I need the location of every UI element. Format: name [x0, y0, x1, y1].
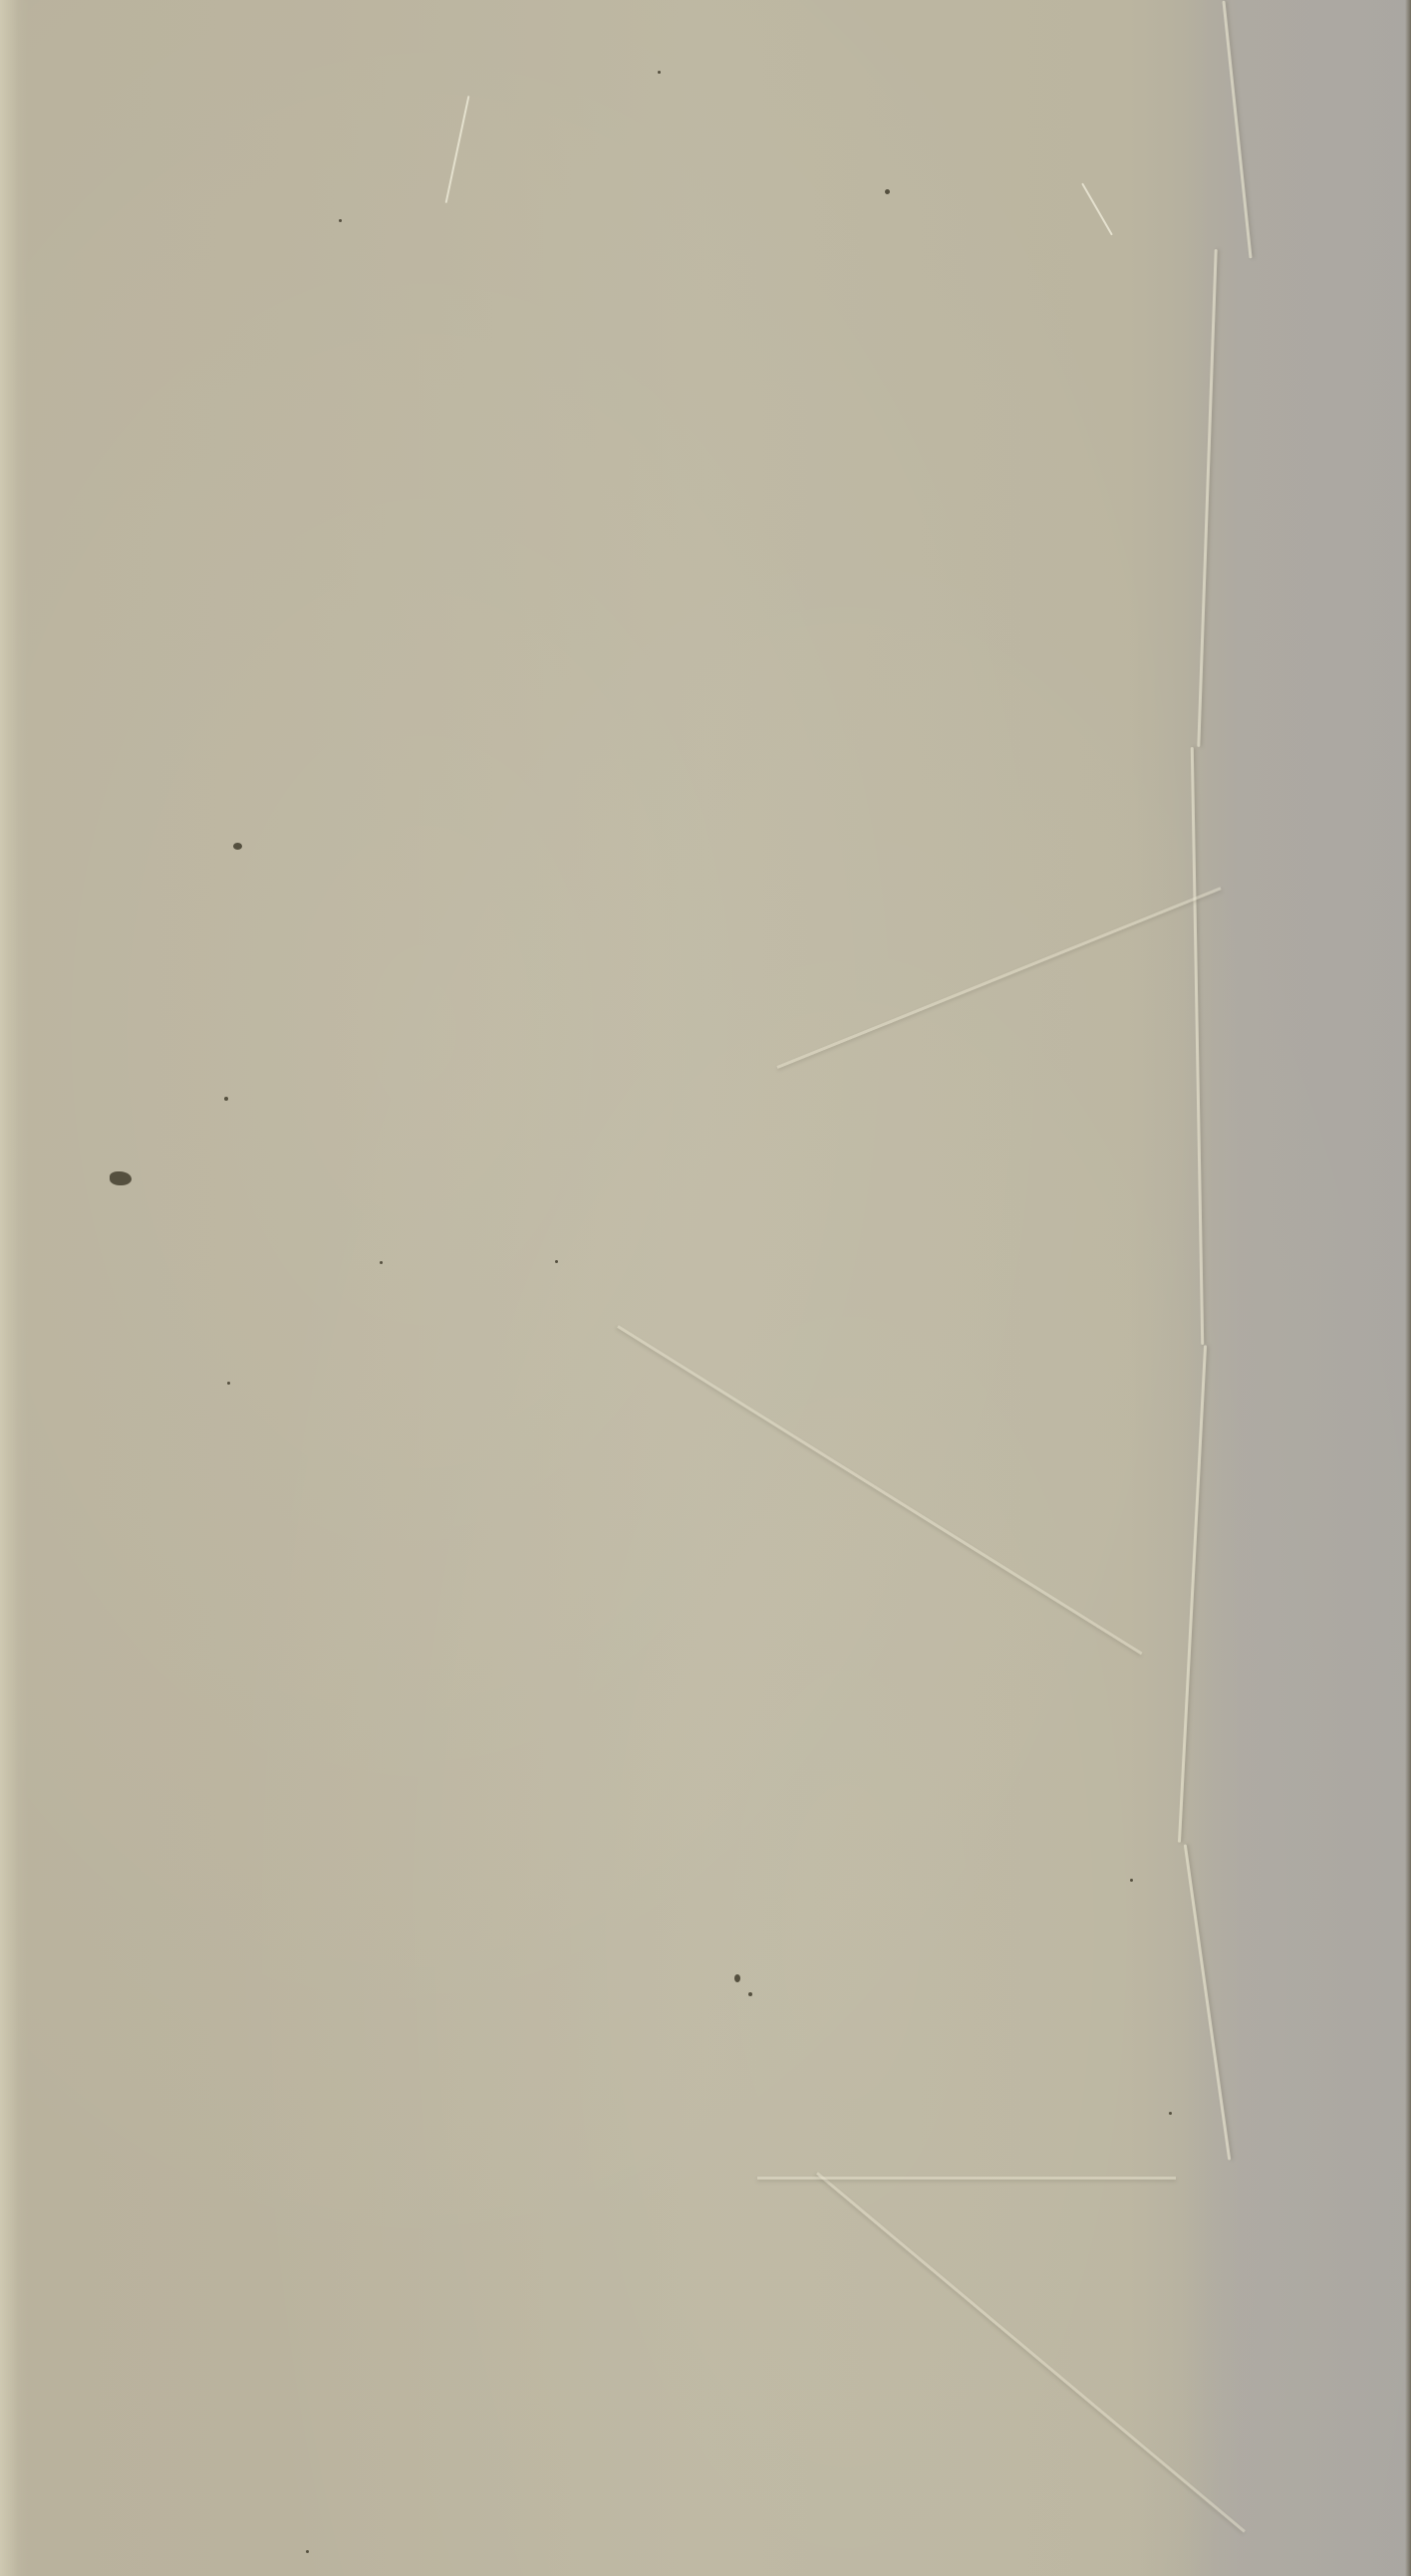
paper-spot: [734, 1974, 740, 1982]
paper-spot: [885, 189, 890, 194]
paper-spot: [555, 1260, 558, 1263]
right-page-edge: [1405, 0, 1411, 2576]
left-page-edge: [0, 0, 18, 2576]
horizontal-crease: [757, 2177, 1176, 2180]
paper-spot: [658, 71, 661, 74]
paper-spot: [224, 1097, 228, 1101]
paper-fiber: [445, 96, 470, 203]
paper-fiber: [1081, 183, 1113, 236]
paper-spot: [233, 843, 242, 850]
diagonal-crease: [776, 887, 1221, 1069]
paper-spot: [748, 1992, 752, 1996]
diagonal-crease: [617, 1325, 1142, 1655]
paper-spot: [339, 219, 342, 222]
paper-spot: [1169, 2112, 1172, 2115]
paper-spot: [110, 1171, 132, 1185]
blank-paper-page: [0, 0, 1411, 2576]
paper-spot: [306, 2550, 309, 2553]
paper-spot: [380, 1261, 383, 1264]
right-shaded-band: [1182, 0, 1411, 2576]
paper-spot: [227, 1382, 230, 1385]
paper-spot: [1130, 1879, 1133, 1882]
